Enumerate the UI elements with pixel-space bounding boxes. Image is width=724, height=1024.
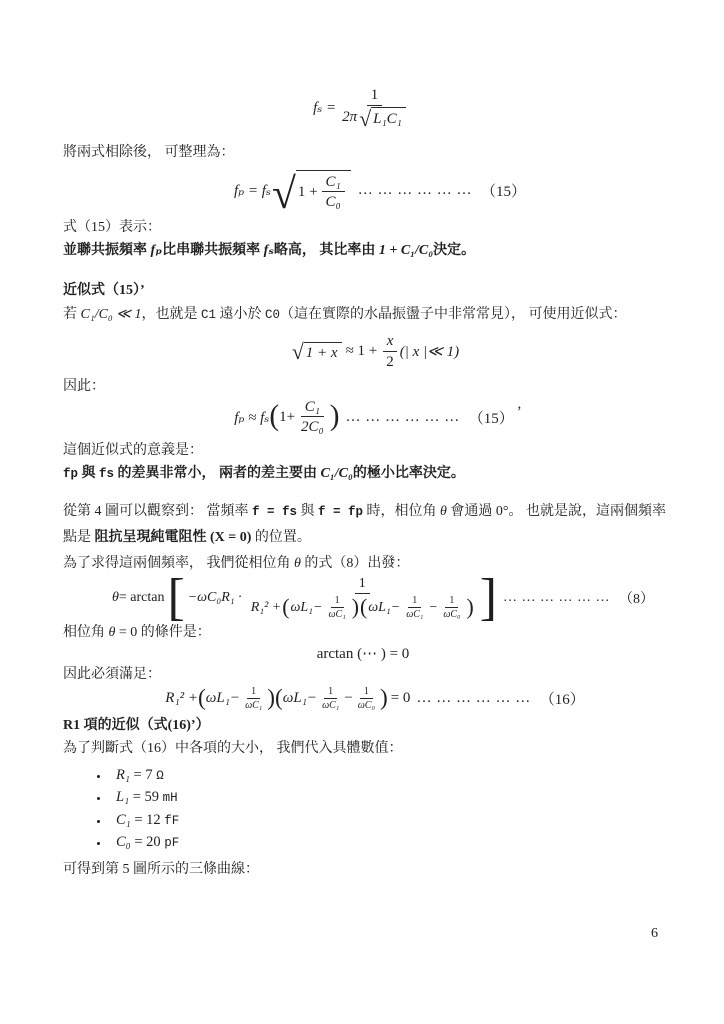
math-term: C1 bbox=[201, 308, 216, 322]
math-term: = arctan bbox=[119, 590, 165, 606]
math-term: f = fp bbox=[318, 505, 363, 519]
math-term: θ bbox=[294, 556, 301, 571]
text-run: 的極小比率決定。 bbox=[353, 466, 465, 481]
equation-sqrt-approx: √ 1 + x ≈ 1 + x 2 (| x |≪ 1) bbox=[87, 332, 663, 372]
fraction-small: 1 ωC₀ bbox=[354, 686, 379, 712]
frac-denominator: 2C₀ bbox=[297, 417, 328, 437]
math-term: f = fs bbox=[252, 505, 297, 519]
text-run: 從第 4 圖可以觀察到： 當頻率 bbox=[63, 504, 252, 519]
para-observation-line1: 從第 4 圖可以觀察到： 當頻率 f = fs 與 f = fp 時，相位角 θ… bbox=[63, 500, 663, 524]
fraction-small: 1 ωC₁ bbox=[241, 686, 266, 712]
equation-label: （8） bbox=[619, 588, 654, 608]
math-term: C₁/C₀ ≪ 1 bbox=[81, 307, 142, 322]
text-run: 點是 bbox=[63, 530, 95, 545]
text-run: 略高， 其比率由 bbox=[274, 243, 379, 258]
math-term: ωL₁− bbox=[283, 690, 317, 707]
frac-numerator: C₁ bbox=[301, 398, 324, 418]
bullet-item-c1: C₁ = 12 fF bbox=[109, 810, 663, 833]
math-term: (| x |≪ 1) bbox=[400, 342, 459, 361]
bullet-item-c0: C₀ = 20 pF bbox=[109, 832, 663, 855]
math-term: fₚ bbox=[151, 243, 163, 258]
heading-approx-15: 近似式（15）’ bbox=[63, 279, 663, 302]
math-term: R₁ bbox=[116, 767, 130, 783]
para-substitute-values: 為了判斷式（16）中各項的大小， 我們代入具體數值： bbox=[63, 737, 663, 760]
math-term: R₁² + bbox=[165, 690, 198, 707]
text-run: 並聯共振頻率 bbox=[63, 243, 151, 258]
math-term: ≈ 1 + bbox=[346, 343, 378, 360]
right-paren: ) bbox=[352, 597, 359, 618]
text-run: 若 bbox=[63, 307, 81, 322]
square-root: √ L₁C₁ bbox=[359, 107, 406, 129]
para-observation-line2: 點是 阻抗呈現純電阻性 (X = 0) 的位置。 bbox=[63, 526, 663, 550]
prime-mark: ’ bbox=[517, 404, 522, 421]
math-term: ωL₁− bbox=[206, 690, 240, 707]
para-meaning: 這個近似式的意義是： bbox=[63, 439, 663, 462]
math-term: 2π bbox=[342, 108, 357, 127]
text-run: = 59 bbox=[129, 789, 163, 805]
fraction: 1 2π √ L₁C₁ bbox=[338, 86, 411, 129]
emphasis-parallel-series: 並聯共振頻率 fₚ比串聯共振頻率 fₛ略高， 其比率由 1 + C₁/C₀決定。 bbox=[63, 239, 663, 262]
radical-sign: √ bbox=[272, 177, 296, 212]
right-paren: ) bbox=[467, 597, 474, 618]
page-number: 6 bbox=[651, 926, 658, 942]
fraction-small: 1 ωC₁ bbox=[318, 686, 343, 712]
frac-numerator: 1 bbox=[331, 595, 344, 608]
radical-sign: √ bbox=[359, 111, 371, 128]
para-derive-from-eq8: 為了求得這兩個頻率， 我們從相位角 θ 的式（8）出發： bbox=[63, 552, 663, 575]
frac-denominator: ωC₁ bbox=[402, 608, 427, 621]
para-thus: 因此： bbox=[63, 375, 663, 398]
frac-denominator: ωC₀ bbox=[354, 699, 379, 712]
square-root: √ 1 + C₁ C₀ bbox=[272, 170, 351, 213]
frac-numerator: 1 bbox=[324, 686, 337, 699]
emphasis-pure-resistance: 阻抗呈現純電阻性 (X = 0) bbox=[95, 530, 252, 545]
dots-leader: … … … … … … bbox=[503, 590, 610, 606]
math-term: arctan (⋯ ) = 0 bbox=[317, 644, 410, 663]
text-run: 決定。 bbox=[433, 243, 475, 258]
left-paren: ( bbox=[275, 687, 283, 709]
bullet-item-l1: L₁ = 59 mH bbox=[109, 787, 663, 810]
text-run: = 12 bbox=[131, 812, 165, 828]
fraction: C₁ 2C₀ bbox=[297, 398, 328, 438]
equation-16: R₁² + ( ωL₁− 1 ωC₁ ) ( ωL₁− 1 ωC₁ − 1 ωC… bbox=[87, 686, 663, 712]
right-bracket: ] bbox=[480, 576, 497, 620]
para-if-condition: 若 C₁/C₀ ≪ 1，也就是 C1 遠小於 C0（這在實際的水晶振盪子中非常常… bbox=[63, 303, 663, 327]
fraction-small: 1 ωC₁ bbox=[325, 595, 350, 621]
text-run: 時，相位角 bbox=[363, 504, 440, 519]
left-paren: ( bbox=[198, 687, 206, 709]
text-run: ，也就是 bbox=[141, 307, 201, 322]
frac-numerator: 1 bbox=[367, 86, 383, 106]
bullet-item-r1: R₁ = 7 Ω bbox=[109, 765, 663, 788]
para-must-satisfy: 因此必須滿足： bbox=[63, 663, 663, 686]
math-term: fp bbox=[63, 467, 78, 481]
text-run: = 20 bbox=[131, 834, 165, 850]
equation-label: （15） bbox=[481, 180, 526, 201]
left-paren: ( bbox=[360, 597, 367, 618]
frac-numerator: C₁ bbox=[322, 173, 345, 193]
math-term: fs bbox=[99, 467, 114, 481]
fraction: 1 R₁² + ( ωL₁− 1 ωC₁ ) ( ωL₁− 1 ωC₁ bbox=[247, 575, 478, 621]
fraction-small: 1 ωC₀ bbox=[439, 595, 464, 621]
text-run: 會通過 0°。 也就是說，這兩個頻率 bbox=[447, 504, 666, 519]
equation-15-prime: fₚ ≈ fₛ ( 1+ C₁ 2C₀ ) … … … … … … （15） ’ bbox=[93, 398, 663, 438]
dots-leader: … … … … … … bbox=[346, 409, 460, 426]
unit-label: pF bbox=[164, 836, 179, 850]
math-term: 1 + C₁/C₀ bbox=[379, 243, 433, 258]
text-run: 的差異非常小， 兩者的差主要由 bbox=[114, 466, 321, 481]
frac-denominator: 2π √ L₁C₁ bbox=[338, 106, 411, 129]
equation-label: （15） bbox=[469, 407, 514, 428]
equation-arctan-zero: arctan (⋯ ) = 0 bbox=[63, 644, 663, 663]
frac-numerator: x bbox=[383, 332, 398, 352]
left-paren: ( bbox=[269, 403, 279, 431]
text-run: 與 bbox=[78, 466, 99, 481]
frac-denominator: C₀ bbox=[322, 192, 345, 212]
frac-denominator: ωC₁ bbox=[241, 699, 266, 712]
equation-fs: fₛ = 1 2π √ L₁C₁ bbox=[63, 86, 663, 129]
math-term: 1 + bbox=[298, 184, 318, 201]
text-run: 的位置。 bbox=[251, 530, 311, 545]
square-root: √ 1 + x bbox=[292, 342, 342, 362]
frac-denominator: ωC₁ bbox=[325, 608, 350, 621]
math-term: R₁² + bbox=[251, 599, 282, 617]
unit-label: Ω bbox=[156, 769, 164, 783]
radicand: 1 + x bbox=[304, 342, 342, 362]
frac-numerator: 1 bbox=[445, 595, 458, 608]
radicand: 1 + C₁ C₀ bbox=[296, 170, 351, 213]
left-paren: ( bbox=[282, 597, 289, 618]
text-run: 的式（8）出發： bbox=[301, 556, 410, 571]
fraction: C₁ C₀ bbox=[322, 173, 345, 213]
right-paren: ) bbox=[330, 403, 340, 431]
math-term: ωL₁− bbox=[368, 599, 400, 617]
text-run: = 7 bbox=[130, 767, 156, 783]
dots-leader: … … … … … … bbox=[358, 182, 472, 199]
equation-label: （16） bbox=[540, 688, 585, 709]
radicand: L₁C₁ bbox=[371, 107, 406, 129]
right-paren: ) bbox=[267, 687, 275, 709]
emphasis-fp-fs-difference: fp 與 fs 的差異非常小， 兩者的差主要由 C₁/C₀的極小比率決定。 bbox=[63, 462, 663, 486]
text-run: 相位角 bbox=[63, 625, 109, 640]
dots-leader: … … … … … … bbox=[416, 690, 530, 707]
frac-denominator: 2 bbox=[382, 352, 398, 372]
math-term: −ωC₀R₁ · bbox=[188, 590, 242, 606]
unit-label: fF bbox=[164, 814, 179, 828]
math-term: C₁/C₀ bbox=[321, 466, 353, 481]
text-run: （這在實際的水晶振盪子中非常常見）， 可使用近似式： bbox=[280, 307, 627, 322]
math-term: ωL₁− bbox=[291, 599, 323, 617]
text-run: = 0 的條件是： bbox=[115, 625, 210, 640]
fraction: x 2 bbox=[382, 332, 398, 372]
math-term: fₚ = fₛ bbox=[234, 181, 271, 200]
document-page: fₛ = 1 2π √ L₁C₁ 將兩式相除後， 可整理為： fₚ = fₛ √… bbox=[0, 0, 724, 1024]
frac-numerator: 1 bbox=[360, 686, 373, 699]
math-operator: − bbox=[344, 690, 352, 707]
frac-denominator: ωC₁ bbox=[318, 699, 343, 712]
math-term: fₚ ≈ fₛ bbox=[234, 408, 269, 427]
para-phase-condition: 相位角 θ = 0 的條件是： bbox=[63, 621, 663, 644]
math-term: L₁ bbox=[116, 789, 129, 805]
left-bracket: [ bbox=[167, 576, 184, 620]
para-divide: 將兩式相除後， 可整理為： bbox=[63, 141, 663, 164]
para-eq15-says: 式（15）表示： bbox=[63, 216, 663, 239]
text-run: 遠小於 bbox=[216, 307, 265, 322]
document-content: fₛ = 1 2π √ L₁C₁ 將兩式相除後， 可整理為： fₚ = fₛ √… bbox=[63, 84, 663, 881]
text-run: 與 bbox=[297, 504, 318, 519]
value-list: R₁ = 7 Ω L₁ = 59 mH C₁ = 12 fF C₀ = 20 p… bbox=[63, 765, 663, 855]
math-term: θ bbox=[440, 504, 447, 519]
math-term: C₀ bbox=[116, 834, 131, 850]
frac-numerator: 1 bbox=[247, 686, 260, 699]
math-operator: − bbox=[429, 599, 437, 617]
unit-label: mH bbox=[163, 791, 178, 805]
frac-numerator: 1 bbox=[408, 595, 421, 608]
equation-15: fₚ = fₛ √ 1 + C₁ C₀ … … … … … … （15） bbox=[97, 170, 663, 213]
para-three-curves: 可得到第 5 圖所示的三條曲線： bbox=[63, 858, 663, 881]
math-term: = 0 bbox=[391, 690, 411, 707]
math-term: fₛ = bbox=[313, 98, 336, 117]
heading-r1-approx: R1 項的近似（式(16)’） bbox=[63, 714, 663, 737]
frac-numerator: 1 bbox=[355, 575, 370, 594]
math-term: C0 bbox=[265, 308, 280, 322]
text-run: 比串聯共振頻率 bbox=[162, 243, 264, 258]
fraction-small: 1 ωC₁ bbox=[402, 595, 427, 621]
frac-denominator: R₁² + ( ωL₁− 1 ωC₁ ) ( ωL₁− 1 ωC₁ − bbox=[247, 594, 478, 621]
math-term: θ bbox=[112, 590, 119, 606]
math-term: 1+ bbox=[279, 409, 295, 426]
math-term: C₁ bbox=[116, 812, 131, 828]
math-term: fₛ bbox=[264, 243, 274, 258]
equation-8: θ = arctan [ −ωC₀R₁ · 1 R₁² + ( ωL₁− 1 ω… bbox=[103, 575, 663, 621]
frac-denominator: ωC₀ bbox=[439, 608, 464, 621]
radical-sign: √ bbox=[292, 344, 304, 361]
right-paren: ) bbox=[380, 687, 388, 709]
